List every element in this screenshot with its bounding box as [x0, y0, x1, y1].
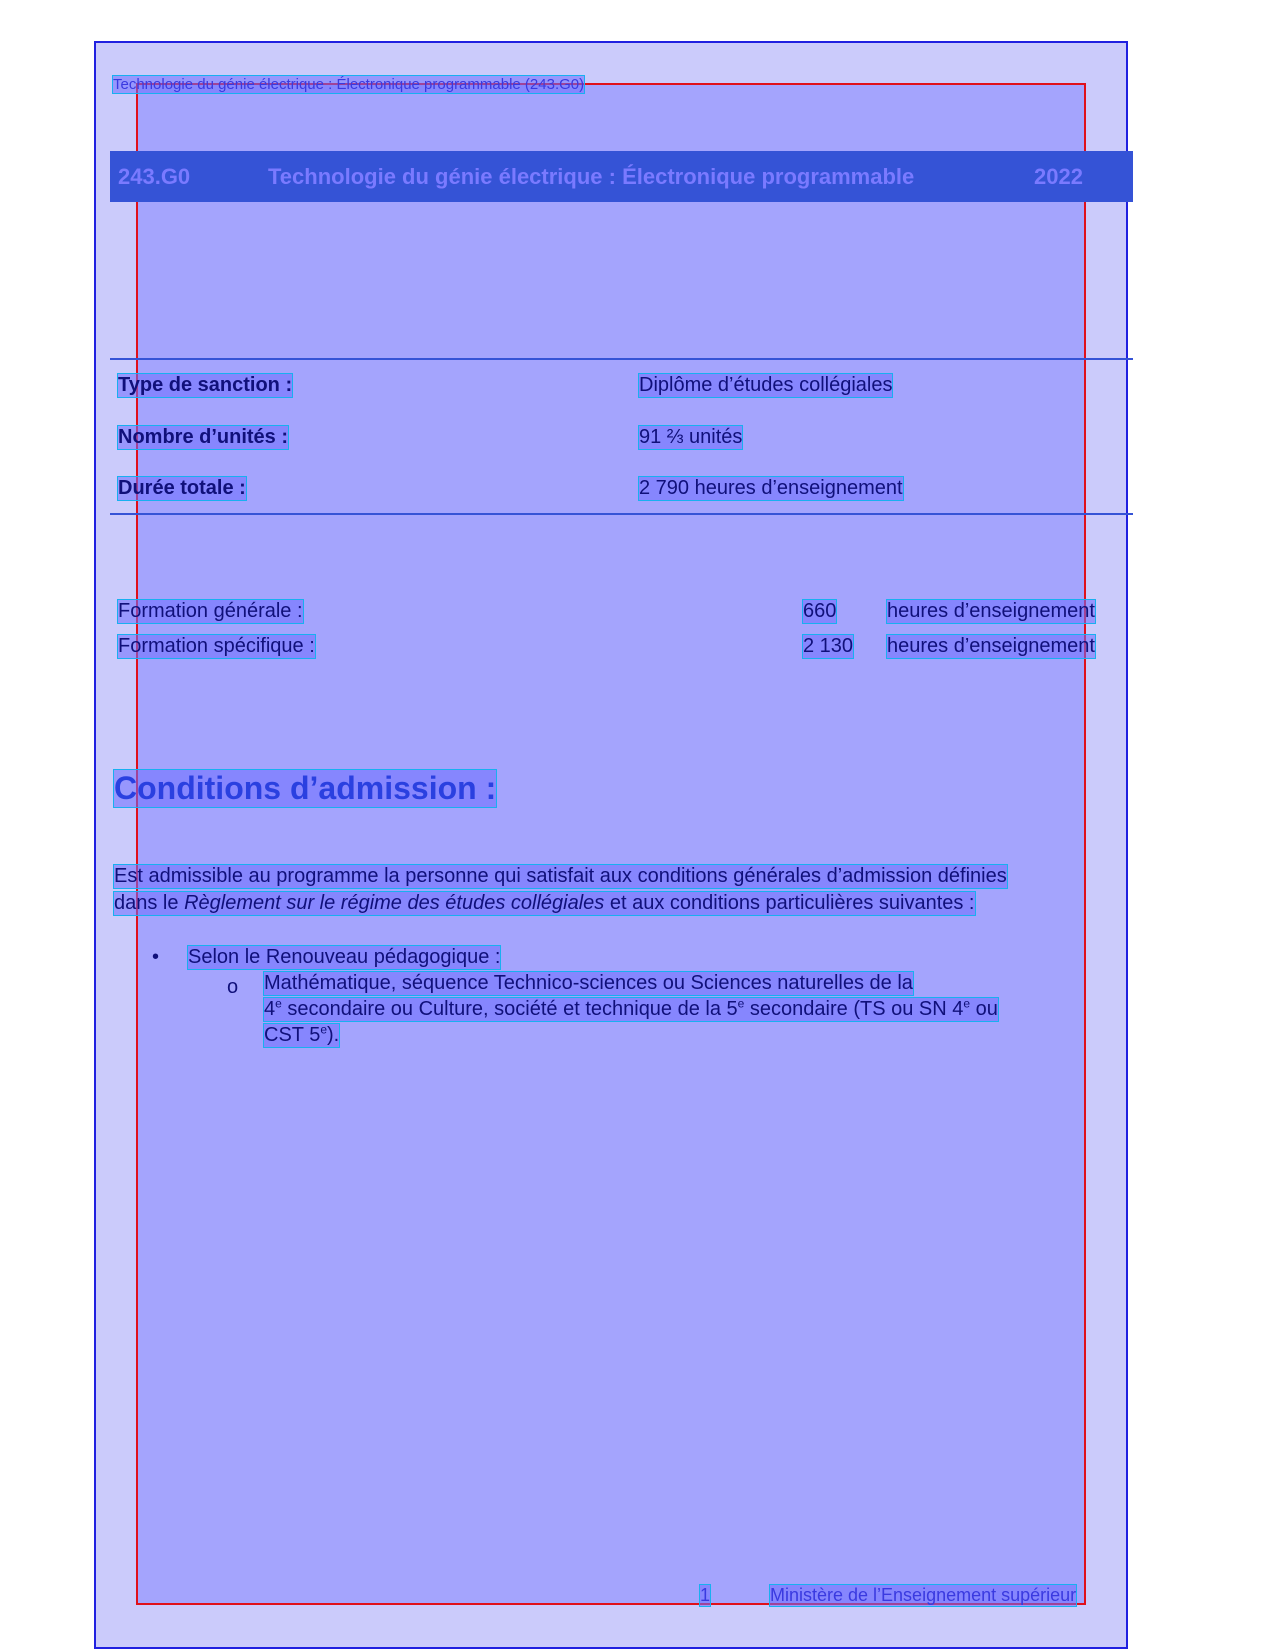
program-banner: 243.G0 Technologie du génie électrique :… [110, 151, 1133, 202]
sub-bullet-icon: o [227, 976, 238, 999]
text: secondaire (TS ou SN 4 [744, 998, 963, 1020]
sanction-type-value: Diplôme d’études collégiales [639, 374, 892, 397]
admission-heading: Conditions d’admission : [114, 770, 496, 807]
specific-training-label: Formation spécifique : [118, 635, 315, 658]
running-header: Technologie du génie électrique : Électr… [113, 76, 584, 93]
intro-text: dans le [114, 892, 184, 914]
duration-label: Durée totale : [118, 477, 246, 500]
page-number: 1 [700, 1585, 710, 1606]
admission-subitem-line2: 4e secondaire ou Culture, société et tec… [264, 998, 998, 1021]
specific-training-hours: 2 130 [803, 635, 853, 658]
bullet-icon: • [152, 946, 159, 969]
general-training-unit: heures d’enseignement [887, 600, 1095, 623]
text: ). [327, 1024, 339, 1046]
superscript: e [275, 996, 282, 1010]
divider-bottom [110, 513, 1133, 515]
general-training-hours: 660 [803, 600, 836, 623]
divider-top [110, 358, 1133, 360]
regulation-title: Règlement sur le régime des études collé… [184, 892, 604, 914]
admission-item: Selon le Renouveau pédagogique : [188, 946, 500, 969]
program-year: 2022 [1034, 164, 1083, 190]
superscript: e [320, 1022, 327, 1036]
intro-text-end: et aux conditions particulières suivante… [604, 892, 974, 914]
program-code: 243.G0 [118, 164, 190, 190]
units-label: Nombre d’unités : [118, 426, 288, 449]
text: 4 [264, 998, 275, 1020]
duration-value: 2 790 heures d’enseignement [639, 477, 903, 500]
text: CST 5 [264, 1024, 320, 1046]
program-title: Technologie du génie électrique : Électr… [268, 164, 914, 190]
units-value: 91 ⅔ unités [639, 426, 742, 449]
text: secondaire ou Culture, société et techni… [282, 998, 738, 1020]
specific-training-unit: heures d’enseignement [887, 635, 1095, 658]
admission-intro-line2: dans le Règlement sur le régime des étud… [114, 892, 975, 915]
admission-subitem-line1: Mathématique, séquence Technico-sciences… [264, 972, 913, 995]
content-area [136, 83, 1086, 1605]
footer-ministry: Ministère de l’Enseignement supérieur [770, 1585, 1076, 1606]
sanction-type-label: Type de sanction : [118, 374, 292, 397]
general-training-label: Formation générale : [118, 600, 303, 623]
text: ou [970, 998, 998, 1020]
admission-subitem-line3: CST 5e). [264, 1024, 339, 1047]
admission-intro-line1: Est admissible au programme la personne … [114, 865, 1007, 888]
